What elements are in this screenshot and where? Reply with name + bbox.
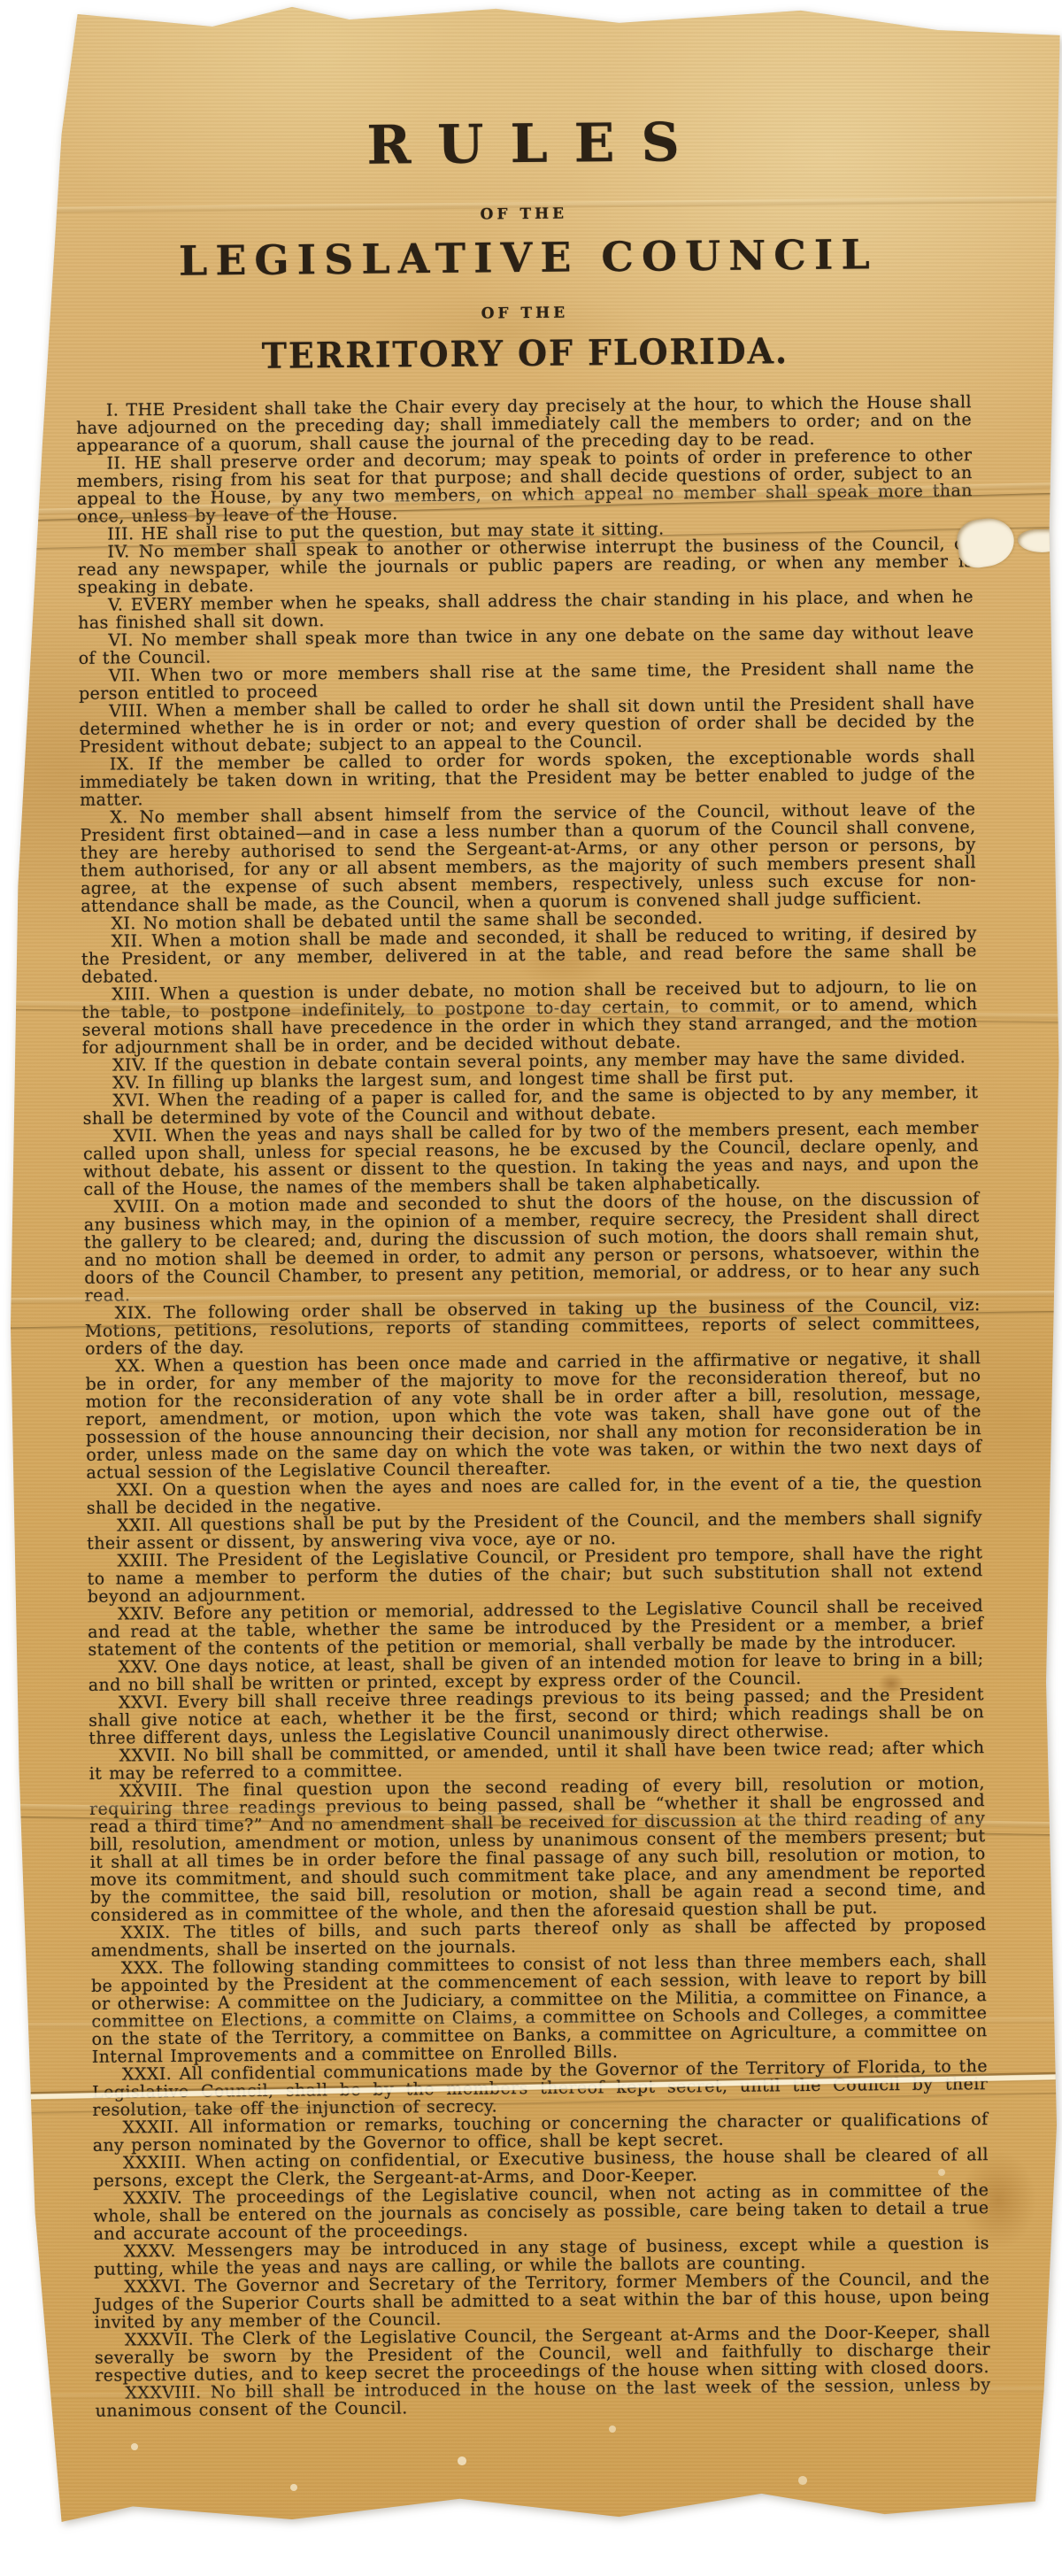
rule-XXXVI: XXXVI. The Governor and Secretary of the… — [94, 2270, 990, 2332]
rule-numeral: XVI. — [112, 1091, 158, 1110]
rule-XXX: XXX. The following standing committees t… — [91, 1951, 988, 2066]
rule-XXIV: XXIV. Before any petition or memorial, a… — [88, 1597, 984, 1659]
rule-numeral: VIII. — [109, 701, 157, 721]
rule-numeral: XII. — [112, 931, 152, 951]
rule-XXXI: XXXI. All confidential communications ma… — [92, 2057, 989, 2119]
rule-numeral: XXII. — [117, 1516, 169, 1536]
rule-numeral: XXXV. — [124, 2241, 187, 2262]
title-legislative-council: LEGISLATIVE COUNCIL — [0, 228, 1056, 287]
rule-XXIII: XXIII. The President of the Legislative … — [87, 1544, 983, 1606]
rule-numeral: XVII. — [113, 1126, 165, 1146]
rule-numeral: XV. — [112, 1073, 147, 1092]
rule-numeral: V. — [108, 595, 131, 614]
rule-XXXIV: XXXIV. The proceedings of the Legislativ… — [93, 2181, 989, 2243]
rule-VIII: VIII. When a member shall be called to o… — [79, 694, 975, 756]
rule-IV: IV. No member shall speak to another or … — [77, 535, 973, 597]
rule-numeral: II. — [106, 453, 135, 473]
rule-XX: XX. When a question has been once made a… — [85, 1349, 981, 1482]
rule-numeral: XVIII. — [113, 1197, 174, 1217]
rule-numeral: XXVII. — [119, 1746, 183, 1766]
rule-XXXVIII: XXXVIII. No bill shall be introduced in … — [95, 2376, 990, 2420]
rule-XVIII: XVIII. On a motion made and seconded to … — [83, 1190, 980, 1305]
rule-XIX: XIX. The following order shall be observ… — [85, 1296, 981, 1358]
title-of-the-2: OF THE — [0, 299, 1056, 328]
rule-I: I. THE President shall take the Chair ev… — [76, 393, 973, 455]
document-content: RULES OF THE LEGISLATIVE COUNCIL OF THE … — [0, 0, 1062, 2421]
rule-XXVIII: XXVIII. The final question upon the seco… — [89, 1774, 986, 1924]
rule-numeral: I. — [106, 400, 127, 420]
rule-numeral: XXX. — [121, 1958, 172, 1978]
rule-numeral: IX. — [110, 754, 149, 774]
rule-XIII: XIII. When a question is under debate, n… — [81, 977, 978, 1057]
rule-XXXVII: XXXVII. The Clerk of the Legislative Cou… — [95, 2323, 991, 2385]
rule-numeral: III. — [107, 524, 141, 544]
rule-XII: XII. When a motion shall be made and sec… — [81, 924, 978, 986]
document-header: RULES OF THE LEGISLATIVE COUNCIL OF THE … — [0, 108, 1057, 380]
rule-numeral: XIX. — [115, 1303, 164, 1323]
rule-numeral: XXXIII. — [123, 2153, 196, 2173]
paper-flecks — [0, 0, 4, 4]
rules-list: I. THE President shall take the Chair ev… — [76, 393, 991, 2420]
rule-numeral: XXVIII. — [119, 1781, 197, 1801]
rule-numeral: XXXII. — [122, 2117, 189, 2138]
rule-numeral: XI. — [111, 914, 142, 933]
rule-numeral: XXIII. — [117, 1551, 176, 1571]
rule-numeral: X. — [110, 807, 139, 827]
scan-background: RULES OF THE LEGISLATIVE COUNCIL OF THE … — [0, 0, 1062, 2576]
rule-numeral: XIII. — [112, 984, 159, 1005]
rule-II: II. HE shall preserve order and decorum;… — [76, 446, 973, 526]
document-title: RULES — [0, 108, 1054, 181]
rule-numeral: XX. — [115, 1356, 154, 1376]
rule-numeral: XXV. — [118, 1657, 165, 1677]
rule-numeral: XXXIV. — [123, 2188, 193, 2209]
title-of-the-1: OF THE — [0, 200, 1055, 228]
rule-numeral: IV. — [107, 542, 139, 561]
rule-numeral: VI. — [108, 630, 142, 650]
rule-numeral: XXXVIII. — [125, 2383, 211, 2403]
rule-XVII: XVII. When the yeas and nays shall be ca… — [83, 1119, 980, 1199]
rule-X: X. No member shall absent himself from t… — [80, 800, 976, 915]
paper-sheet: RULES OF THE LEGISLATIVE COUNCIL OF THE … — [0, 0, 1062, 2576]
rule-numeral: XXXVII. — [125, 2330, 202, 2350]
title-territory-of-florida: TERRITORY OF FLORIDA. — [20, 328, 1029, 380]
rule-numeral: XXIV. — [118, 1604, 173, 1624]
rule-numeral: XXI. — [117, 1480, 163, 1500]
rule-IX: IX. If the member be called to order for… — [80, 747, 976, 809]
rule-numeral: XXVI. — [119, 1693, 178, 1713]
rule-numeral: XXIX. — [120, 1923, 183, 1943]
rule-numeral: XXXI. — [122, 2064, 180, 2085]
rule-XXVI: XXVI. Every bill shall receive three rea… — [88, 1685, 985, 1747]
rule-numeral: VII. — [109, 666, 151, 685]
rule-numeral: XXXVI. — [124, 2277, 195, 2297]
